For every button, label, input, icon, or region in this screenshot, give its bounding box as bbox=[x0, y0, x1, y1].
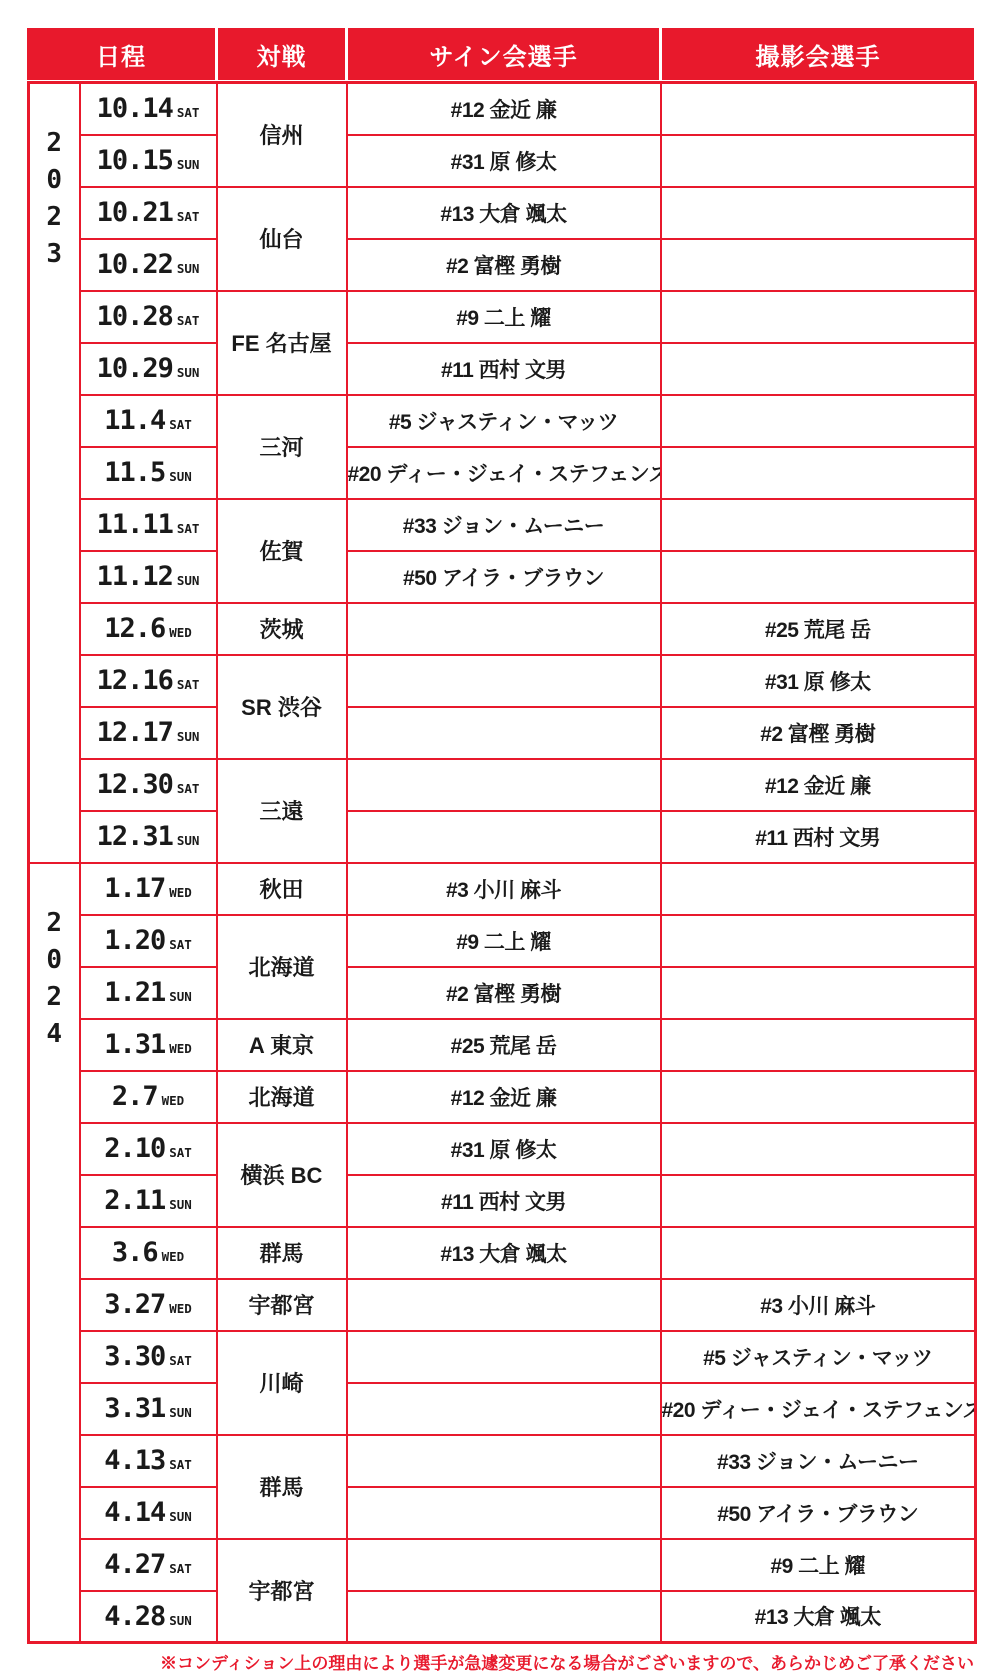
date-value: 1.17 bbox=[104, 873, 165, 904]
sign-player-cell: #31 原 修太 bbox=[347, 135, 661, 187]
opponent-cell: 群馬 bbox=[217, 1227, 347, 1279]
opponent-cell: 仙台 bbox=[217, 187, 347, 291]
date-cell: 12.17SUN bbox=[80, 707, 217, 759]
date-value: 3.30 bbox=[104, 1341, 165, 1372]
photo-player-cell bbox=[661, 343, 976, 395]
opponent-cell: 信州 bbox=[217, 83, 347, 187]
header-date-label: 日程 bbox=[27, 28, 215, 80]
footer-note: ※コンディション上の理由により選手が急遽変更になる場合がございますので、あらかじ… bbox=[160, 1649, 974, 1674]
date-cell: 2.7WED bbox=[80, 1071, 217, 1123]
date-value: 1.20 bbox=[104, 925, 165, 956]
date-cell: 4.13SAT bbox=[80, 1435, 217, 1487]
schedule-row: 2.7WED北海道#12 金近 廉 bbox=[29, 1071, 976, 1123]
day-of-week: SAT bbox=[169, 937, 192, 952]
schedule-body: 202310.14SAT信州#12 金近 廉10.15SUN#31 原 修太10… bbox=[29, 83, 976, 1643]
photo-player-cell: #13 大倉 颯太 bbox=[661, 1591, 976, 1643]
schedule-row: 3.31SUN#20 ディー・ジェイ・ステフェンズ bbox=[29, 1383, 976, 1435]
sign-player-cell: #13 大倉 颯太 bbox=[347, 1227, 661, 1279]
schedule-row: 3.27WED宇都宮#3 小川 麻斗 bbox=[29, 1279, 976, 1331]
opponent-cell: 横浜 BC bbox=[217, 1123, 347, 1227]
date-cell: 2.10SAT bbox=[80, 1123, 217, 1175]
day-of-week: SUN bbox=[177, 365, 200, 380]
photo-player-cell bbox=[661, 187, 976, 239]
schedule-row: 10.28SATFE 名古屋#9 二上 耀 bbox=[29, 291, 976, 343]
date-cell: 11.12SUN bbox=[80, 551, 217, 603]
sign-player-cell: #9 二上 耀 bbox=[347, 291, 661, 343]
day-of-week: WED bbox=[169, 625, 192, 640]
sign-player-cell bbox=[347, 1591, 661, 1643]
day-of-week: SAT bbox=[177, 677, 200, 692]
day-of-week: SUN bbox=[169, 469, 192, 484]
day-of-week: WED bbox=[169, 1041, 192, 1056]
sign-player-cell: #20 ディー・ジェイ・ステフェンズ bbox=[347, 447, 661, 499]
photo-player-cell: #11 西村 文男 bbox=[661, 811, 976, 863]
schedule-row: 20241.17WED秋田#3 小川 麻斗 bbox=[29, 863, 976, 915]
sign-player-cell: #12 金近 廉 bbox=[347, 83, 661, 135]
date-value: 10.15 bbox=[97, 145, 173, 176]
date-value: 11.4 bbox=[104, 405, 165, 436]
sign-player-cell: #2 富樫 勇樹 bbox=[347, 967, 661, 1019]
date-cell: 1.31WED bbox=[80, 1019, 217, 1071]
date-value: 12.6 bbox=[104, 613, 165, 644]
photo-player-cell: #2 富樫 勇樹 bbox=[661, 707, 976, 759]
date-value: 2.10 bbox=[104, 1133, 165, 1164]
date-value: 10.14 bbox=[97, 93, 173, 124]
day-of-week: SUN bbox=[169, 1197, 192, 1212]
date-value: 2.11 bbox=[104, 1185, 165, 1216]
photo-player-cell: #31 原 修太 bbox=[661, 655, 976, 707]
schedule-row: 11.5SUN#20 ディー・ジェイ・ステフェンズ bbox=[29, 447, 976, 499]
date-value: 4.13 bbox=[104, 1445, 165, 1476]
sign-player-cell: #5 ジャスティン・マッツ bbox=[347, 395, 661, 447]
date-value: 12.16 bbox=[97, 665, 173, 696]
sign-player-cell: #9 二上 耀 bbox=[347, 915, 661, 967]
date-cell: 12.6WED bbox=[80, 603, 217, 655]
sign-player-cell: #33 ジョン・ムーニー bbox=[347, 499, 661, 551]
photo-player-cell bbox=[661, 499, 976, 551]
day-of-week: WED bbox=[169, 1301, 192, 1316]
date-value: 4.27 bbox=[104, 1549, 165, 1580]
date-cell: 10.21SAT bbox=[80, 187, 217, 239]
sign-player-cell bbox=[347, 1487, 661, 1539]
photo-player-cell: #50 アイラ・ブラウン bbox=[661, 1487, 976, 1539]
schedule-row: 11.11SAT佐賀#33 ジョン・ムーニー bbox=[29, 499, 976, 551]
day-of-week: WED bbox=[162, 1093, 185, 1108]
date-cell: 3.27WED bbox=[80, 1279, 217, 1331]
schedule-row: 1.21SUN#2 富樫 勇樹 bbox=[29, 967, 976, 1019]
schedule-table: 202310.14SAT信州#12 金近 廉10.15SUN#31 原 修太10… bbox=[27, 81, 977, 1644]
year-label: 2024 bbox=[29, 863, 80, 1643]
date-cell: 4.14SUN bbox=[80, 1487, 217, 1539]
schedule-row: 12.17SUN#2 富樫 勇樹 bbox=[29, 707, 976, 759]
date-value: 4.28 bbox=[104, 1601, 165, 1632]
date-cell: 10.22SUN bbox=[80, 239, 217, 291]
day-of-week: SAT bbox=[169, 1145, 192, 1160]
photo-player-cell: #5 ジャスティン・マッツ bbox=[661, 1331, 976, 1383]
opponent-cell: 三河 bbox=[217, 395, 347, 499]
schedule-row: 11.4SAT三河#5 ジャスティン・マッツ bbox=[29, 395, 976, 447]
schedule-row: 1.20SAT北海道#9 二上 耀 bbox=[29, 915, 976, 967]
day-of-week: SUN bbox=[177, 729, 200, 744]
date-value: 12.31 bbox=[97, 821, 173, 852]
photo-player-cell: #33 ジョン・ムーニー bbox=[661, 1435, 976, 1487]
date-value: 12.30 bbox=[97, 769, 173, 800]
photo-player-cell bbox=[661, 291, 976, 343]
schedule-row: 4.13SAT群馬#33 ジョン・ムーニー bbox=[29, 1435, 976, 1487]
date-cell: 3.31SUN bbox=[80, 1383, 217, 1435]
date-cell: 10.28SAT bbox=[80, 291, 217, 343]
photo-player-cell bbox=[661, 447, 976, 499]
date-value: 2.7 bbox=[112, 1081, 158, 1112]
schedule-row: 10.15SUN#31 原 修太 bbox=[29, 135, 976, 187]
schedule-row: 4.27SAT宇都宮#9 二上 耀 bbox=[29, 1539, 976, 1591]
opponent-cell: 宇都宮 bbox=[217, 1279, 347, 1331]
date-value: 10.21 bbox=[97, 197, 173, 228]
date-cell: 3.6WED bbox=[80, 1227, 217, 1279]
date-value: 1.21 bbox=[104, 977, 165, 1008]
date-cell: 12.31SUN bbox=[80, 811, 217, 863]
photo-player-cell bbox=[661, 135, 976, 187]
date-cell: 12.30SAT bbox=[80, 759, 217, 811]
day-of-week: SUN bbox=[169, 1613, 192, 1628]
opponent-cell: 北海道 bbox=[217, 1071, 347, 1123]
date-cell: 3.30SAT bbox=[80, 1331, 217, 1383]
day-of-week: SUN bbox=[169, 1405, 192, 1420]
sign-player-cell bbox=[347, 1539, 661, 1591]
day-of-week: SAT bbox=[177, 781, 200, 796]
date-value: 10.28 bbox=[97, 301, 173, 332]
schedule-row: 2.10SAT横浜 BC#31 原 修太 bbox=[29, 1123, 976, 1175]
sign-player-cell bbox=[347, 1279, 661, 1331]
date-cell: 4.28SUN bbox=[80, 1591, 217, 1643]
date-value: 1.31 bbox=[104, 1029, 165, 1060]
photo-player-cell bbox=[661, 83, 976, 135]
photo-player-cell bbox=[661, 1019, 976, 1071]
day-of-week: WED bbox=[169, 885, 192, 900]
photo-player-cell: #12 金近 廉 bbox=[661, 759, 976, 811]
table-header: 日程 対戦 サイン会選手 撮影会選手 bbox=[27, 28, 974, 80]
date-cell: 2.11SUN bbox=[80, 1175, 217, 1227]
date-value: 3.27 bbox=[104, 1289, 165, 1320]
sign-player-cell bbox=[347, 655, 661, 707]
date-value: 3.31 bbox=[104, 1393, 165, 1424]
opponent-cell: SR 渋谷 bbox=[217, 655, 347, 759]
schedule-row: 202310.14SAT信州#12 金近 廉 bbox=[29, 83, 976, 135]
date-cell: 11.4SAT bbox=[80, 395, 217, 447]
day-of-week: SAT bbox=[177, 105, 200, 120]
opponent-cell: FE 名古屋 bbox=[217, 291, 347, 395]
opponent-cell: 秋田 bbox=[217, 863, 347, 915]
year-label: 2023 bbox=[29, 83, 80, 863]
sign-player-cell bbox=[347, 603, 661, 655]
schedule-row: 3.6WED群馬#13 大倉 颯太 bbox=[29, 1227, 976, 1279]
date-value: 10.29 bbox=[97, 353, 173, 384]
opponent-cell: 群馬 bbox=[217, 1435, 347, 1539]
day-of-week: SAT bbox=[177, 313, 200, 328]
year-text: 2023 bbox=[41, 128, 67, 276]
day-of-week: SAT bbox=[177, 521, 200, 536]
date-value: 12.17 bbox=[97, 717, 173, 748]
photo-player-cell: #3 小川 麻斗 bbox=[661, 1279, 976, 1331]
date-cell: 11.11SAT bbox=[80, 499, 217, 551]
sign-player-cell: #2 富樫 勇樹 bbox=[347, 239, 661, 291]
schedule-row: 12.30SAT三遠#12 金近 廉 bbox=[29, 759, 976, 811]
photo-player-cell bbox=[661, 863, 976, 915]
opponent-cell: 川崎 bbox=[217, 1331, 347, 1435]
sign-player-cell: #3 小川 麻斗 bbox=[347, 863, 661, 915]
photo-player-cell bbox=[661, 967, 976, 1019]
sign-player-cell: #13 大倉 颯太 bbox=[347, 187, 661, 239]
date-cell: 12.16SAT bbox=[80, 655, 217, 707]
opponent-cell: 宇都宮 bbox=[217, 1539, 347, 1643]
year-text: 2024 bbox=[41, 908, 67, 1056]
schedule-row: 10.21SAT仙台#13 大倉 颯太 bbox=[29, 187, 976, 239]
photo-player-cell bbox=[661, 1227, 976, 1279]
sign-player-cell bbox=[347, 1331, 661, 1383]
date-cell: 1.21SUN bbox=[80, 967, 217, 1019]
sign-player-cell bbox=[347, 811, 661, 863]
schedule-row: 10.29SUN#11 西村 文男 bbox=[29, 343, 976, 395]
opponent-cell: 茨城 bbox=[217, 603, 347, 655]
header-opponent-label: 対戦 bbox=[215, 28, 345, 80]
day-of-week: SUN bbox=[169, 1509, 192, 1524]
day-of-week: SUN bbox=[177, 833, 200, 848]
schedule-row: 12.31SUN#11 西村 文男 bbox=[29, 811, 976, 863]
photo-player-cell: #9 二上 耀 bbox=[661, 1539, 976, 1591]
day-of-week: SAT bbox=[169, 1353, 192, 1368]
day-of-week: WED bbox=[162, 1249, 185, 1264]
schedule-row: 4.28SUN#13 大倉 颯太 bbox=[29, 1591, 976, 1643]
day-of-week: SAT bbox=[177, 209, 200, 224]
schedule-row: 11.12SUN#50 アイラ・ブラウン bbox=[29, 551, 976, 603]
photo-player-cell bbox=[661, 1123, 976, 1175]
sign-player-cell bbox=[347, 1435, 661, 1487]
day-of-week: SUN bbox=[169, 989, 192, 1004]
date-value: 4.14 bbox=[104, 1497, 165, 1528]
date-cell: 10.14SAT bbox=[80, 83, 217, 135]
day-of-week: SUN bbox=[177, 261, 200, 276]
date-value: 11.12 bbox=[97, 561, 173, 592]
date-value: 3.6 bbox=[112, 1237, 158, 1268]
schedule-row: 1.31WEDA 東京#25 荒尾 岳 bbox=[29, 1019, 976, 1071]
date-value: 11.11 bbox=[97, 509, 173, 540]
date-value: 11.5 bbox=[104, 457, 165, 488]
date-cell: 11.5SUN bbox=[80, 447, 217, 499]
sign-player-cell: #50 アイラ・ブラウン bbox=[347, 551, 661, 603]
day-of-week: SUN bbox=[177, 573, 200, 588]
photo-player-cell bbox=[661, 1071, 976, 1123]
sign-player-cell: #11 西村 文男 bbox=[347, 1175, 661, 1227]
opponent-cell: A 東京 bbox=[217, 1019, 347, 1071]
sign-player-cell: #31 原 修太 bbox=[347, 1123, 661, 1175]
date-cell: 1.20SAT bbox=[80, 915, 217, 967]
sign-player-cell: #12 金近 廉 bbox=[347, 1071, 661, 1123]
opponent-cell: 北海道 bbox=[217, 915, 347, 1019]
date-cell: 10.29SUN bbox=[80, 343, 217, 395]
date-cell: 10.15SUN bbox=[80, 135, 217, 187]
opponent-cell: 佐賀 bbox=[217, 499, 347, 603]
sign-player-cell: #11 西村 文男 bbox=[347, 343, 661, 395]
schedule-row: 4.14SUN#50 アイラ・ブラウン bbox=[29, 1487, 976, 1539]
day-of-week: SAT bbox=[169, 417, 192, 432]
photo-player-cell: #20 ディー・ジェイ・ステフェンズ bbox=[661, 1383, 976, 1435]
sign-player-cell bbox=[347, 1383, 661, 1435]
photo-player-cell: #25 荒尾 岳 bbox=[661, 603, 976, 655]
photo-player-cell bbox=[661, 395, 976, 447]
schedule-row: 12.16SATSR 渋谷#31 原 修太 bbox=[29, 655, 976, 707]
sign-player-cell: #25 荒尾 岳 bbox=[347, 1019, 661, 1071]
sign-player-cell bbox=[347, 707, 661, 759]
date-cell: 1.17WED bbox=[80, 863, 217, 915]
header-sign-label: サイン会選手 bbox=[345, 28, 659, 80]
day-of-week: SAT bbox=[169, 1457, 192, 1472]
header-photo-label: 撮影会選手 bbox=[659, 28, 974, 80]
schedule-row: 10.22SUN#2 富樫 勇樹 bbox=[29, 239, 976, 291]
photo-player-cell bbox=[661, 239, 976, 291]
date-value: 10.22 bbox=[97, 249, 173, 280]
day-of-week: SAT bbox=[169, 1561, 192, 1576]
photo-player-cell bbox=[661, 915, 976, 967]
schedule-row: 3.30SAT川崎#5 ジャスティン・マッツ bbox=[29, 1331, 976, 1383]
event-schedule-graphic: 日程 対戦 サイン会選手 撮影会選手 202310.14SAT信州#12 金近 … bbox=[0, 0, 1001, 1680]
day-of-week: SUN bbox=[177, 157, 200, 172]
sign-player-cell bbox=[347, 759, 661, 811]
date-cell: 4.27SAT bbox=[80, 1539, 217, 1591]
opponent-cell: 三遠 bbox=[217, 759, 347, 863]
photo-player-cell bbox=[661, 551, 976, 603]
schedule-row: 12.6WED茨城#25 荒尾 岳 bbox=[29, 603, 976, 655]
schedule-row: 2.11SUN#11 西村 文男 bbox=[29, 1175, 976, 1227]
photo-player-cell bbox=[661, 1175, 976, 1227]
